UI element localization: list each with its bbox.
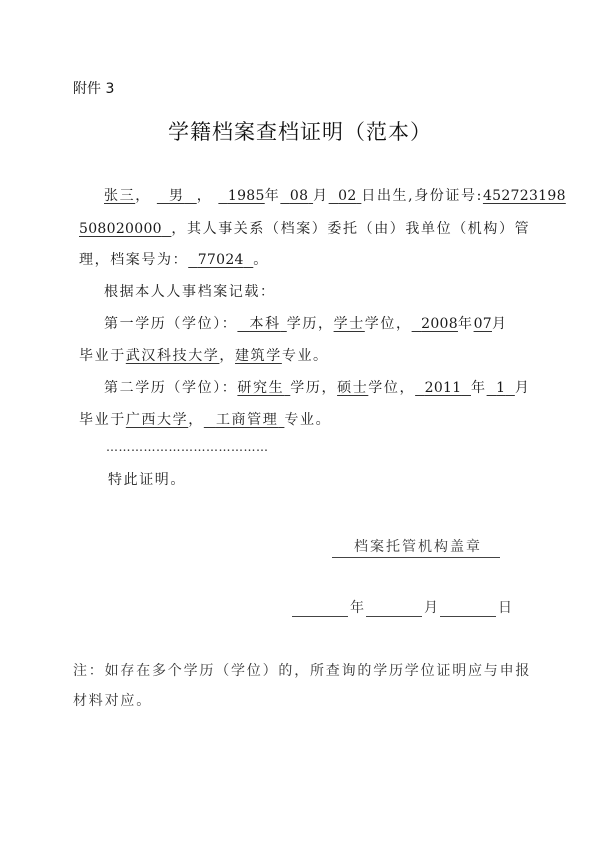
birth-month-field: 08 [280,188,313,204]
month-label: 月 [515,380,531,396]
degree-suffix: 学位， [368,380,415,396]
personal-info-line-2: 508020000 ，其人事关系（档案）委托（由）我单位（机构）管 [79,219,530,239]
day-blank[interactable] [440,602,496,617]
entrust-text: ，其人事关系（档案）委托（由）我单位（机构）管 [171,221,530,237]
document-title: 学籍档案查档证明（范本） [0,116,600,146]
month-blank[interactable] [366,602,422,617]
separator: ， [197,188,213,204]
edu-suffix: 学历， [290,380,337,396]
graduated-from-label: 毕业于 [79,348,126,364]
date-row: 年 月 日 [292,597,514,617]
year-label: 年 [458,316,474,332]
attachment-label: 附件 3 [73,78,114,98]
major-suffix: 专业。 [282,348,329,364]
first-education-label: 第一学历（学位）： [104,316,237,332]
year-label: 年 [265,188,281,204]
second-education-major: 工商管理 [204,412,285,428]
first-education-school: 武汉科技大学 [126,348,220,364]
id-number-part1: 452723198 [483,188,566,204]
separator: ， [135,188,151,204]
ellipsis-divider: ………………………………… [106,440,269,454]
birth-day-field: 02 [329,188,362,204]
edu-suffix: 学历， [287,316,334,332]
archive-number-label: 理，档案号为： [79,252,188,268]
birth-year-field: 1985 [218,188,264,204]
second-education-label: 第二学历（学位）： [104,380,237,396]
first-education-month: 07 [474,316,492,332]
personal-info-line-1: 张三， 男 ， 1985年 08 月 02 日出生,身份证号:452723198 [104,186,566,206]
note-line-1: 注：如存在多个学历（学位）的，所查询的学历学位证明应与申报 [73,660,531,680]
month-label: 月 [313,188,329,204]
day-label: 日 [498,597,512,617]
archive-number-field: 77024 [188,252,253,268]
born-id-label: 日出生,身份证号: [361,188,483,204]
comma: ， [188,412,204,428]
second-education-degree: 硕士 [337,380,368,396]
first-education-major: 建筑学 [235,348,282,364]
month-label: 月 [492,316,508,332]
period: 。 [253,252,269,268]
first-education-degree: 学士 [334,316,365,332]
second-education-year: 2011 [415,380,471,396]
month-label: 月 [424,597,438,617]
year-label: 年 [350,597,364,617]
personal-info-line-3: 理，档案号为： 77024 。 [79,250,269,270]
year-blank[interactable] [292,602,348,617]
gender-field: 男 [157,188,197,204]
according-line: 根据本人人事档案记载： [104,282,276,302]
comma: ， [219,348,235,364]
second-education-month: 1 [487,380,515,396]
major-suffix: 专业。 [284,412,331,428]
first-education-line-1: 第一学历（学位）： 本科 学历，学士学位， 2008年07月 [104,314,508,334]
name-field: 张三 [104,188,135,204]
second-education-line-1: 第二学历（学位）：研究生 学历，硕士学位， 2011 年 1 月 [104,378,530,398]
second-education-line-2: 毕业于广西大学， 工商管理 专业。 [79,410,331,430]
note-line-2: 材料对应。 [73,690,152,710]
closing-statement: 特此证明。 [108,470,186,490]
id-number-part2: 508020000 [79,221,171,237]
degree-suffix: 学位， [365,316,412,332]
first-education-year: 2008 [412,316,458,332]
graduated-from-label: 毕业于 [79,412,126,428]
second-education-school: 广西大学 [126,412,188,428]
first-education-level: 本科 [237,316,286,332]
seal-label: 档案托管机构盖章 [332,536,500,558]
second-education-level: 研究生 [237,380,290,396]
first-education-line-2: 毕业于武汉科技大学，建筑学专业。 [79,346,329,366]
year-label: 年 [471,380,487,396]
